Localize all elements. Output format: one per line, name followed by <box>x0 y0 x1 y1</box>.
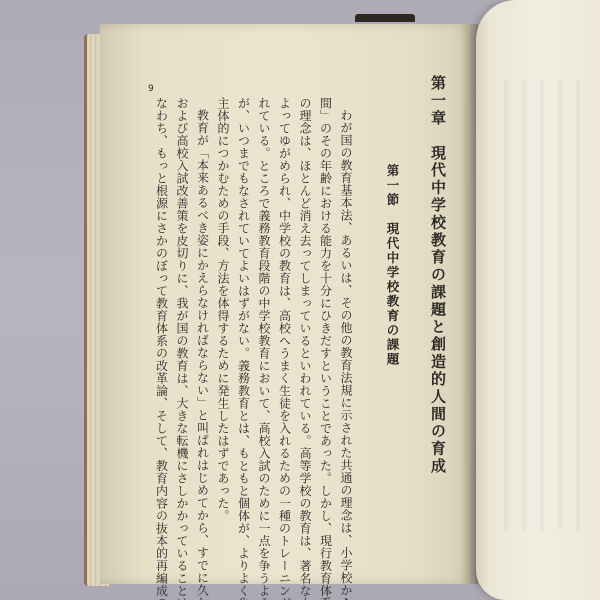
page-number: 9 <box>148 84 154 94</box>
body-line: が、いつまでもなされていてよいはずがない。義務教育とは、もともと個体が、よりよく… <box>233 97 254 532</box>
vertical-text-block: 第一章 現代中学校教育の課題と創造的人間の育成 第一節 現代中学校教育の課題 わ… <box>160 72 450 532</box>
chapter-title: 第一章 現代中学校教育の課題と創造的人間の育成 <box>426 75 450 532</box>
body-line: わが国の教育基本法、あるいは、その他の教育法規に示された共通の理念は、小学校から… <box>336 109 357 532</box>
body-line: 主体的につかむための手段、方法を体得するために発生したはずであった。 <box>213 97 234 532</box>
body-line: れている。ところで義務教育段階の中学校教育において、高校入試のために一点を争うよ… <box>254 97 275 532</box>
section-title: 第一節 現代中学校教育の課題 <box>382 164 402 532</box>
show-through-text <box>490 80 590 530</box>
body-line: および高校入試改善策を皮切りに、我が国の教育は、大きな転機にさしかかっていること… <box>172 97 193 532</box>
book-cover-edge <box>355 14 415 22</box>
body-line: の理念は、ほとんど消え去ってしまっているといわれている。高等学校の教育は、著名な… <box>295 97 316 532</box>
body-line: よってゆがめられ、中学校の教育は、高校へうまく生徒を入れるための一種のトレーニン… <box>274 97 295 532</box>
body-line: 教育が「本来あるべき姿にかえらなければならない」と叫ばれはじめてから、すでに久し… <box>192 109 213 532</box>
body-line: なわち、もっと根源にさかのぼって教育体系の改革論、そして、教育内容の抜本的再編成… <box>151 97 172 532</box>
body-line: 間」のその年齢における能力を十分にひきだすということであった。しかし、現行教育体… <box>315 97 336 532</box>
